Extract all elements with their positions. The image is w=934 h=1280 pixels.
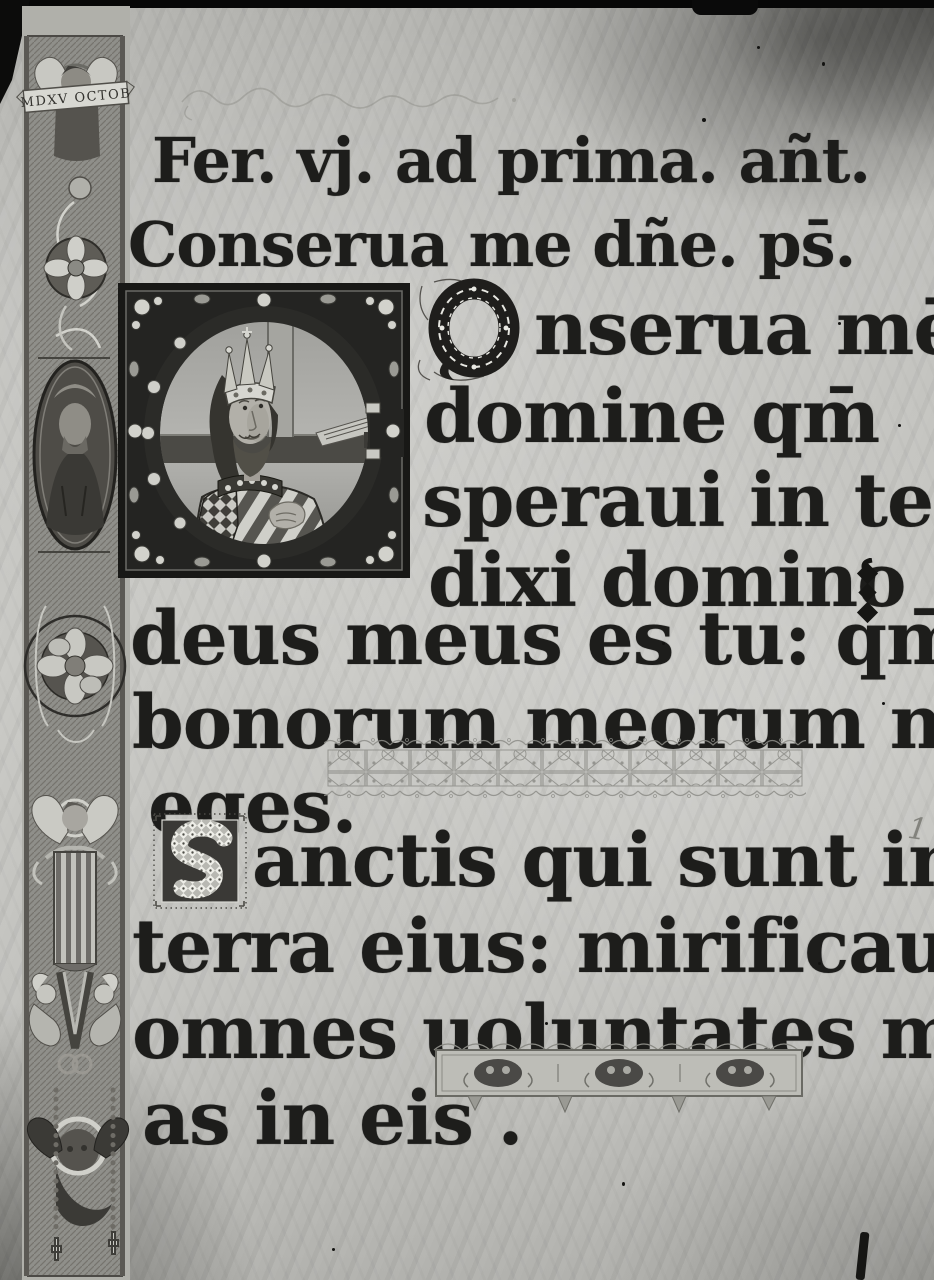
photo-edge-notch	[692, 0, 758, 15]
psalm-line: deus meus es tu: qm̄	[130, 602, 934, 676]
grotesque-band	[428, 1038, 810, 1122]
psalm-line: anctis qui sunt in	[252, 824, 934, 898]
margin-flourish-mark	[850, 558, 886, 634]
rubric-line-1: Fer. vj. ad prima. añt.	[152, 130, 870, 192]
filigree-band	[322, 736, 808, 802]
ink-speck	[702, 118, 706, 122]
ink-speck	[622, 1182, 625, 1186]
psalm-line: speraui in te:	[422, 464, 934, 538]
ink-speck	[757, 46, 760, 49]
ink-speck	[838, 322, 841, 325]
rubric-line-2: Conserua me dñe. ps̄.	[128, 214, 855, 276]
manuscript-photo: MDXV OCTOB	[0, 0, 934, 1280]
ink-speck	[882, 702, 885, 705]
checkered-initial-S	[152, 812, 248, 910]
border-prophet-medallion	[34, 358, 116, 552]
margin-scribble	[178, 72, 638, 122]
cadel-initial-O	[414, 276, 528, 386]
psalm-line: terra eius: mirificauit	[132, 910, 934, 984]
pendant-fleurs	[468, 1096, 776, 1112]
psalm-line: domine qm̄	[424, 380, 879, 454]
illuminated-border: MDXV OCTOB	[16, 6, 148, 1280]
historiated-initial-miniature	[118, 283, 410, 578]
mask-motifs	[464, 1059, 774, 1087]
ink-speck	[332, 1248, 335, 1251]
ink-speck	[818, 962, 821, 965]
psalm-line: nserua mē	[534, 292, 934, 366]
ink-speck	[545, 1022, 548, 1025]
ink-speck	[662, 642, 665, 645]
ink-speck	[898, 424, 901, 427]
ink-speck	[822, 62, 825, 66]
